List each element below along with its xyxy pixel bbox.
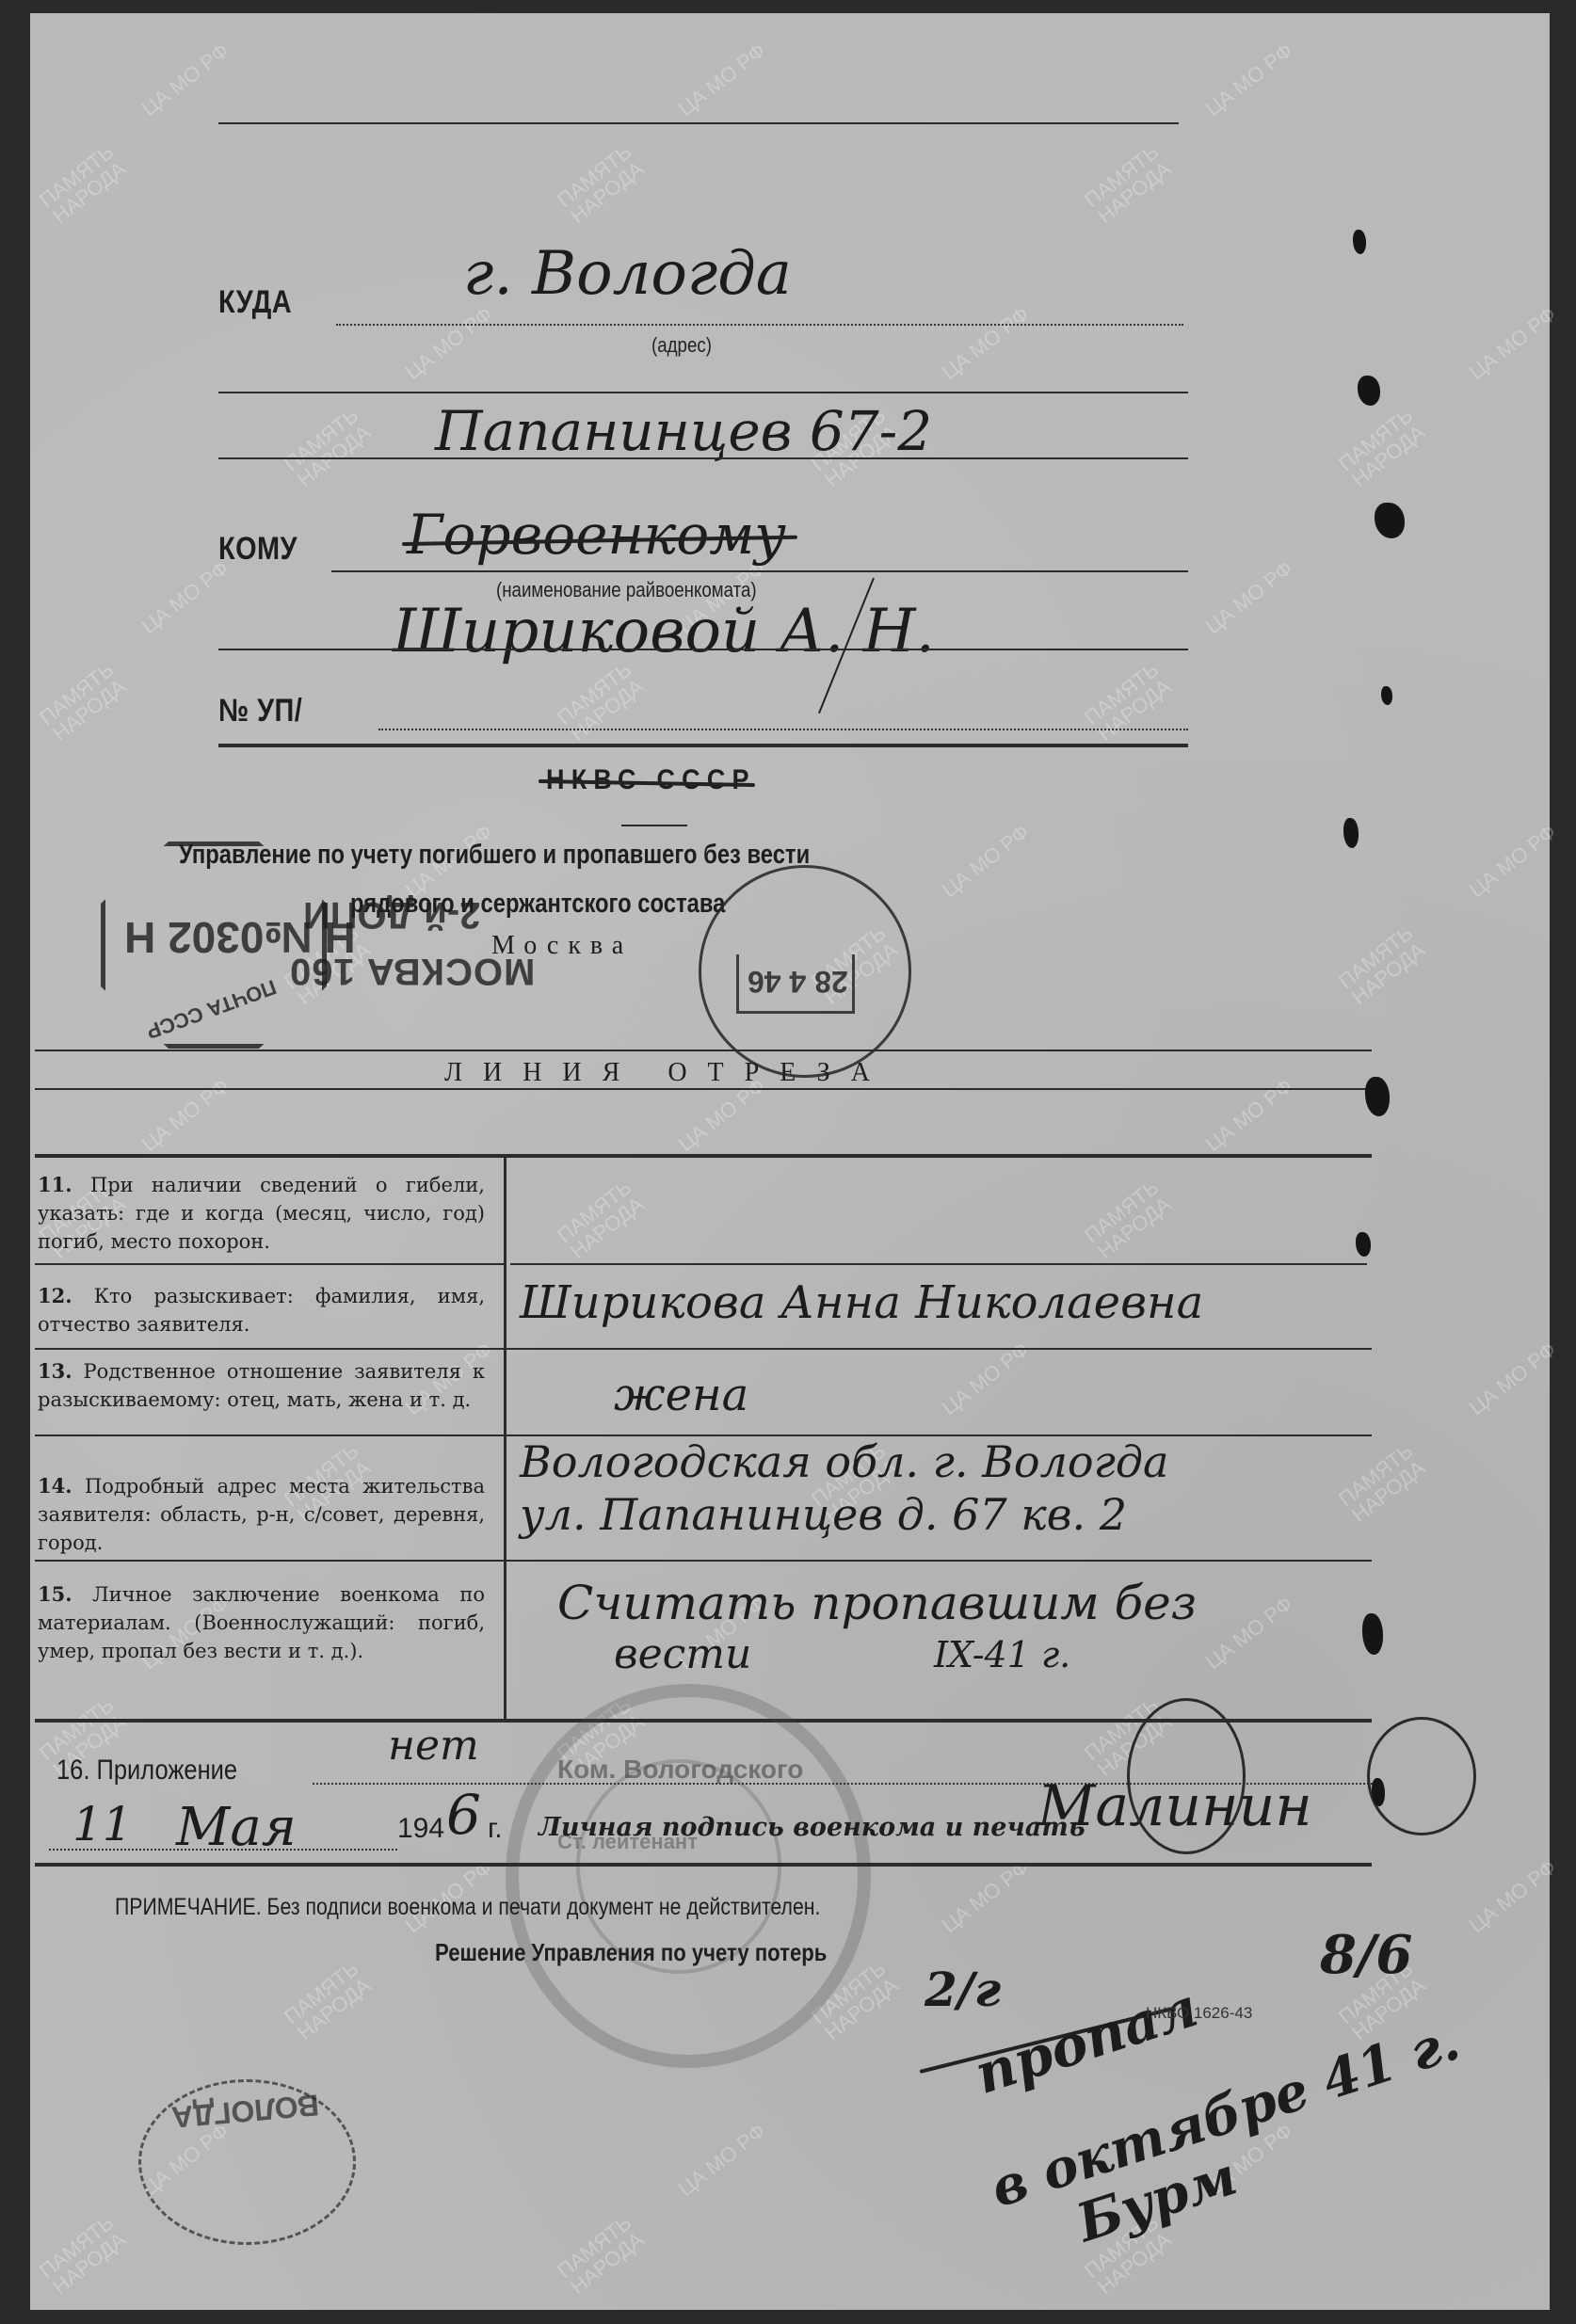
kuda-value: г. Вологда xyxy=(463,239,792,309)
watermark-project: ПАМЯТЬНАРОДА xyxy=(1335,405,1429,491)
row-14-question: 14. Подробный адрес места жительства зая… xyxy=(38,1472,485,1557)
row-13-question: 13. Родственное отношение заявителя к ра… xyxy=(38,1357,485,1414)
date-year-suffix: 6 xyxy=(446,1783,481,1847)
org-title-dash xyxy=(621,825,687,826)
watermark-archive: ЦА МО РФ xyxy=(1466,304,1560,384)
watermark-archive: ЦА МО РФ xyxy=(939,304,1033,384)
watermark-archive: ЦА МО РФ xyxy=(939,1339,1033,1419)
signature-caption: Личная подпись военкома и печать xyxy=(539,1813,1086,1842)
watermark-project: ПАМЯТЬНАРОДА xyxy=(1081,141,1175,228)
watermark-project: ПАМЯТЬНАРОДА xyxy=(36,2212,130,2299)
date-day: 11 xyxy=(72,1797,133,1851)
watermark-archive: ЦА МО РФ xyxy=(138,40,233,120)
moscow-stamp-line-1: МОСКВА 160 xyxy=(289,950,535,992)
watermark-archive: ЦА МО РФ xyxy=(675,2121,769,2201)
address-line-3 xyxy=(218,457,1188,459)
date-year-prefix: 194 xyxy=(397,1813,444,1845)
row-15-answer-date: IX-41 г. xyxy=(934,1634,1070,1675)
table-top-rule xyxy=(35,1154,1372,1158)
watermark-archive: ЦА МО РФ xyxy=(939,1857,1033,1937)
appendix-value: нет xyxy=(388,1722,479,1770)
watermark-archive: ЦА МО РФ xyxy=(1466,1857,1560,1937)
punch-hole xyxy=(1356,1232,1371,1257)
cut-line-top xyxy=(35,1050,1372,1051)
row-11-answer-divider xyxy=(510,1263,1367,1265)
kuda-label: КУДА xyxy=(218,284,292,321)
top-rule xyxy=(218,122,1179,124)
cut-line-bottom xyxy=(35,1088,1372,1090)
komu-label: КОМУ xyxy=(218,531,298,568)
decision-line-2: пропал xyxy=(967,1975,1205,2107)
watermark-archive: ЦА МО РФ xyxy=(1202,40,1296,120)
watermark-archive: ЦА МО РФ xyxy=(402,304,496,384)
watermark-archive: ЦА МО РФ xyxy=(1466,822,1560,902)
komu-line-2 xyxy=(218,649,1188,650)
row-12-question: 12. Кто разыскивает: фамилия, имя, отчес… xyxy=(38,1282,485,1338)
row-14-answer-line-2: ул. Папанинцев д. 67 кв. 2 xyxy=(520,1489,1127,1540)
signature-loop-2 xyxy=(1367,1717,1476,1835)
date-year-unit: г. xyxy=(488,1813,503,1845)
watermark-project: ПАМЯТЬНАРОДА xyxy=(1335,1440,1429,1527)
row-13-answer: жена xyxy=(614,1369,748,1421)
up-field-line xyxy=(378,729,1188,730)
kuda-field-line xyxy=(336,324,1183,326)
row-12-divider xyxy=(35,1348,1372,1350)
punch-hole xyxy=(1362,1613,1383,1655)
komu-value: Шириковой А. Н. xyxy=(393,597,935,666)
watermark-project: ПАМЯТЬНАРОДА xyxy=(554,659,648,745)
komu-field-line xyxy=(331,570,1188,572)
decision-line-1: 2/г xyxy=(925,1962,1001,2017)
validity-note: ПРИМЕЧАНИЕ. Без подписи военкома и печат… xyxy=(115,1894,820,1921)
header-bottom-rule xyxy=(218,744,1188,747)
watermark-archive: ЦА МО РФ xyxy=(1202,558,1296,638)
row-15-answer-line-2: вести xyxy=(614,1630,751,1678)
signature-loop xyxy=(1127,1698,1246,1854)
punch-hole xyxy=(1375,503,1405,538)
watermark-archive: ЦА МО РФ xyxy=(1466,1339,1560,1419)
print-code: НКВО 1626-43 xyxy=(1146,2004,1252,2023)
address-caption: (адрес) xyxy=(651,333,712,358)
punch-hole xyxy=(1365,1077,1390,1116)
row-12-answer: Ширикова Анна Николаевна xyxy=(520,1276,1203,1329)
row-15-question: 15. Личное заключение военкома по матери… xyxy=(38,1580,485,1665)
watermark-project: ПАМЯТЬНАРОДА xyxy=(281,405,375,491)
punch-hole xyxy=(1372,1778,1385,1806)
moscow-stamp-line-2: 2-й ДОПИ xyxy=(303,893,480,936)
table-column-divider xyxy=(504,1156,507,1721)
watermark-project: ПАМЯТЬНАРОДА xyxy=(554,141,648,228)
address-value-2: Папанинцев 67-2 xyxy=(435,399,932,463)
punch-hole xyxy=(1343,818,1359,848)
komu-struck-value: Горвоенкому xyxy=(407,503,786,567)
row-11-divider xyxy=(35,1263,506,1265)
watermark-project: ПАМЯТЬНАРОДА xyxy=(1335,922,1429,1009)
watermark-archive: ЦА МО РФ xyxy=(1202,1594,1296,1674)
watermark-archive: ЦА МО РФ xyxy=(138,558,233,638)
up-label: № УП/ xyxy=(218,693,302,729)
watermark-project: ПАМЯТЬНАРОДА xyxy=(1081,659,1175,745)
address-line-2 xyxy=(218,392,1188,393)
cut-line-label: ЛИНИЯ ОТРЕЗА xyxy=(444,1058,891,1088)
document-page: ЦА МО РФ ЦА МО РФ ЦА МО РФ ПАМЯТЬНАРОДА … xyxy=(30,13,1550,2310)
date-stamp-value: 28 4 46 xyxy=(748,964,848,999)
punch-hole xyxy=(1353,230,1366,254)
punch-hole xyxy=(1358,376,1380,406)
watermark-archive: ЦА МО РФ xyxy=(939,822,1033,902)
watermark-archive: ЦА МО РФ xyxy=(675,40,769,120)
seal-text: Ком. Вологодского xyxy=(557,1755,803,1785)
watermark-project: ПАМЯТЬНАРОДА xyxy=(36,141,130,228)
corner-mark: 8/6 xyxy=(1320,1924,1412,1986)
date-bottom-rule xyxy=(35,1863,1372,1867)
date-field-line xyxy=(49,1849,397,1851)
appendix-label: 16. Приложение xyxy=(56,1755,237,1787)
watermark-project: ПАМЯТЬНАРОДА xyxy=(281,1958,375,2044)
row-14-divider xyxy=(35,1560,1372,1562)
punch-hole xyxy=(1381,686,1392,705)
watermark-project: ПАМЯТЬНАРОДА xyxy=(554,1177,648,1263)
watermark-project: ПАМЯТЬНАРОДА xyxy=(554,2212,648,2299)
watermark-project: ПАМЯТЬНАРОДА xyxy=(36,659,130,745)
row-11-question: 11. При наличии сведений о гибели, указа… xyxy=(38,1171,485,1256)
decision-title: Решение Управления по учету потерь xyxy=(435,1938,827,1967)
row-14-answer-line-1: Вологодская обл. г. Вологда xyxy=(520,1436,1168,1487)
row-15-answer-line-1: Считать пропавшим без xyxy=(557,1576,1197,1630)
watermark-project: ПАМЯТЬНАРОДА xyxy=(1081,1177,1175,1263)
